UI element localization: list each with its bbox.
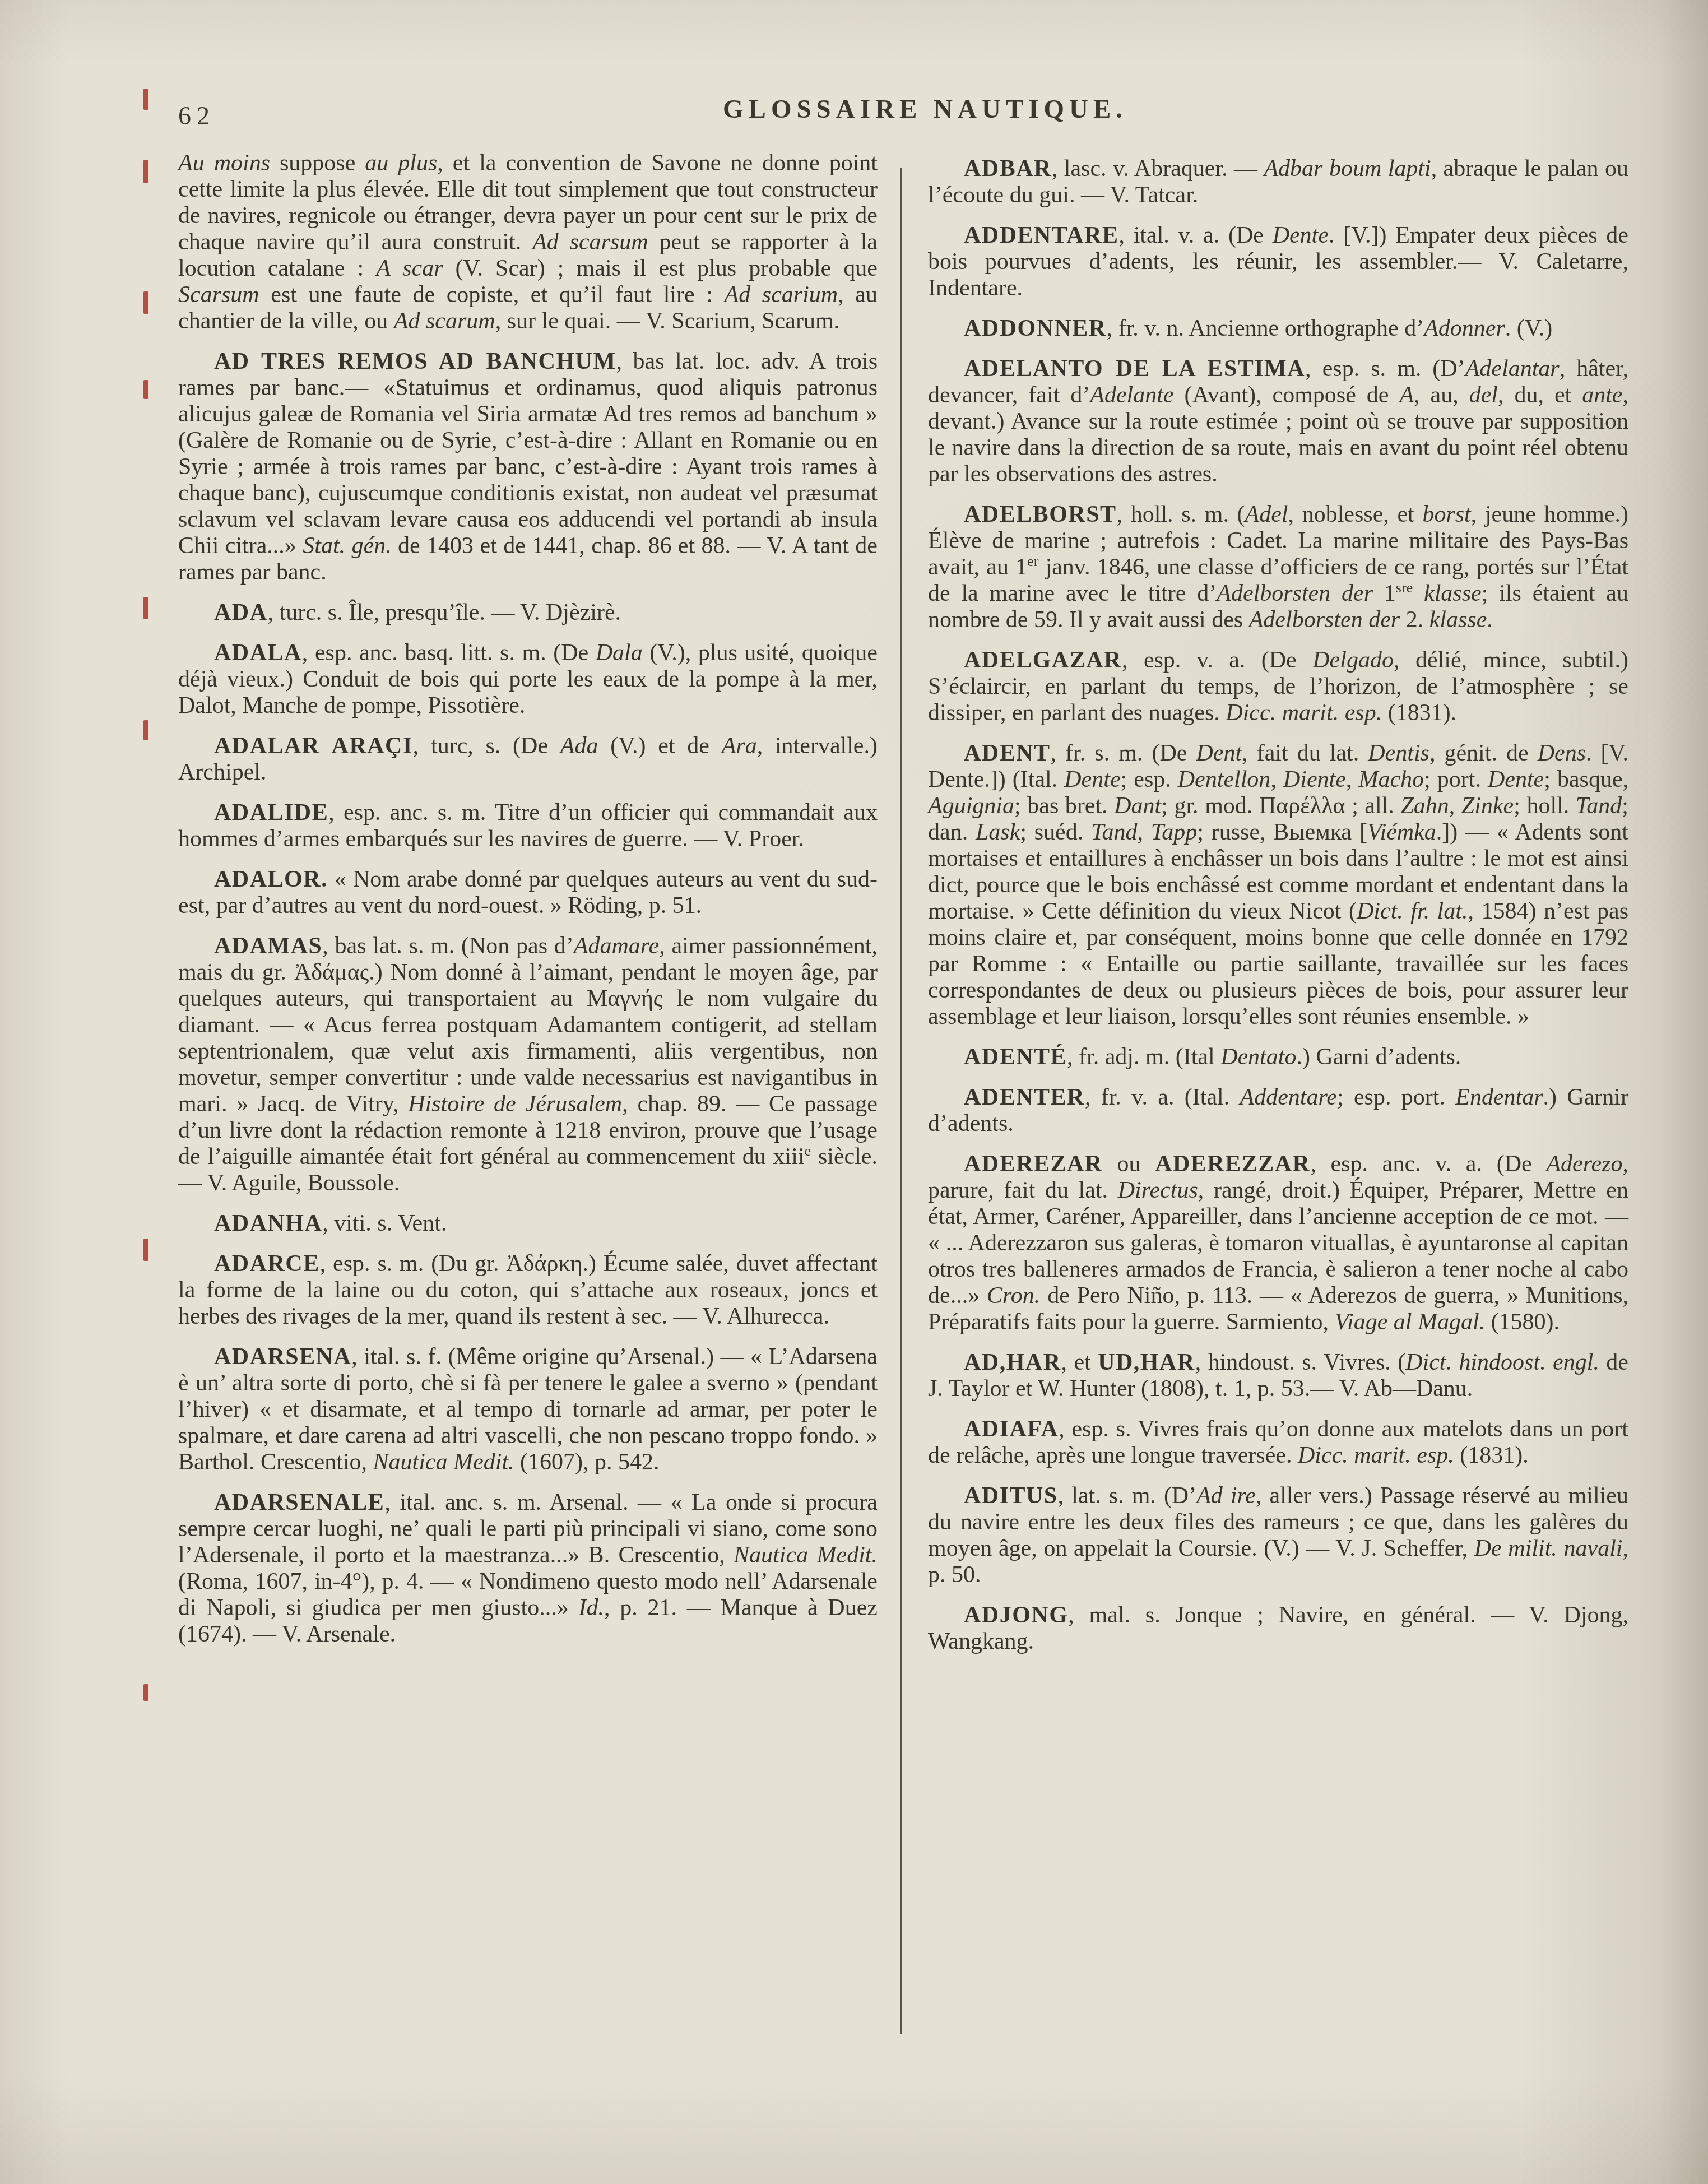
dictionary-entry: ADENTÉ, fr. adj. m. (Ital Dentato.) Garn… bbox=[928, 1044, 1628, 1070]
dictionary-entry: ADALA, esp. anc. basq. litt. s. m. (De D… bbox=[178, 640, 878, 719]
dictionary-entry: ADENT, fr. s. m. (De Dent, fait du lat. … bbox=[928, 740, 1628, 1030]
dictionary-entry: ADBAR, lasc. v. Abraquer. — Adbar boum l… bbox=[928, 156, 1628, 208]
column-divider-rule bbox=[900, 168, 902, 2034]
dictionary-entry: ADENTER, fr. v. a. (Ital. Addentare; esp… bbox=[928, 1084, 1628, 1137]
red-margin-mark bbox=[143, 291, 148, 314]
dictionary-entry: Au moins suppose au plus, et la conventi… bbox=[178, 150, 878, 335]
red-margin-mark bbox=[143, 597, 148, 619]
red-margin-mark bbox=[143, 720, 148, 740]
dictionary-entry: ADDONNER, fr. v. n. Ancienne orthographe… bbox=[928, 316, 1628, 342]
left-column: Au moins suppose au plus, et la conventi… bbox=[178, 150, 878, 1662]
scanned-dictionary-page: 62 GLOSSAIRE NAUTIQUE. Au moins suppose … bbox=[0, 0, 1708, 2184]
dictionary-entry: AD TRES REMOS AD BANCHUM, bas lat. loc. … bbox=[178, 349, 878, 586]
dictionary-entry: ADDENTARE, ital. v. a. (De Dente. [V.]) … bbox=[928, 222, 1628, 302]
red-margin-mark bbox=[143, 1239, 148, 1261]
dictionary-entry: ADEREZAR ou ADEREZZAR, esp. anc. v. a. (… bbox=[928, 1151, 1628, 1336]
dictionary-entry: ADITUS, lat. s. m. (D’Ad ire, aller vers… bbox=[928, 1483, 1628, 1588]
running-head-title: GLOSSAIRE NAUTIQUE. bbox=[723, 94, 1127, 124]
dictionary-entry: ADARSENA, ital. s. f. (Même origine qu’A… bbox=[178, 1344, 878, 1476]
red-margin-mark bbox=[143, 89, 148, 110]
dictionary-entry: ADIAFA, esp. s. Vivres frais qu’on donne… bbox=[928, 1416, 1628, 1469]
dictionary-entry: ADANHA, viti. s. Vent. bbox=[178, 1211, 878, 1237]
dictionary-entry: ADA, turc. s. Île, presqu’île. — V. Djèz… bbox=[178, 600, 878, 626]
dictionary-entry: ADAMAS, bas lat. s. m. (Non pas d’Adamar… bbox=[178, 933, 878, 1197]
dictionary-entry: ADELANTO DE LA ESTIMA, esp. s. m. (D’Ade… bbox=[928, 356, 1628, 488]
dictionary-entry: ADELBORST, holl. s. m. (Adel, noblesse, … bbox=[928, 502, 1628, 633]
red-margin-mark bbox=[143, 380, 148, 399]
red-margin-mark bbox=[143, 1684, 148, 1701]
dictionary-entry: ADELGAZAR, esp. v. a. (De Delgado, délié… bbox=[928, 647, 1628, 726]
dictionary-entry: AD,HAR, et UD,HAR, hindoust. s. Vivres. … bbox=[928, 1350, 1628, 1402]
page-number: 62 bbox=[178, 101, 215, 131]
dictionary-entry: ADARCE, esp. s. m. (Du gr. Ἀδάρκη.) Écum… bbox=[178, 1251, 878, 1330]
red-margin-mark bbox=[143, 160, 148, 183]
dictionary-entry: ADALOR. « Nom arabe donné par quelques a… bbox=[178, 866, 878, 919]
dictionary-entry: ADALAR ARAÇI, turc, s. (De Ada (V.) et d… bbox=[178, 733, 878, 786]
dictionary-entry: ADARSENALE, ital. anc. s. m. Arsenal. — … bbox=[178, 1490, 878, 1648]
dictionary-entry: ADALIDE, esp. anc. s. m. Titre d’un offi… bbox=[178, 800, 878, 852]
dictionary-entry: ADJONG, mal. s. Jonque ; Navire, en géné… bbox=[928, 1602, 1628, 1655]
right-column: ADBAR, lasc. v. Abraquer. — Adbar boum l… bbox=[928, 156, 1628, 1669]
